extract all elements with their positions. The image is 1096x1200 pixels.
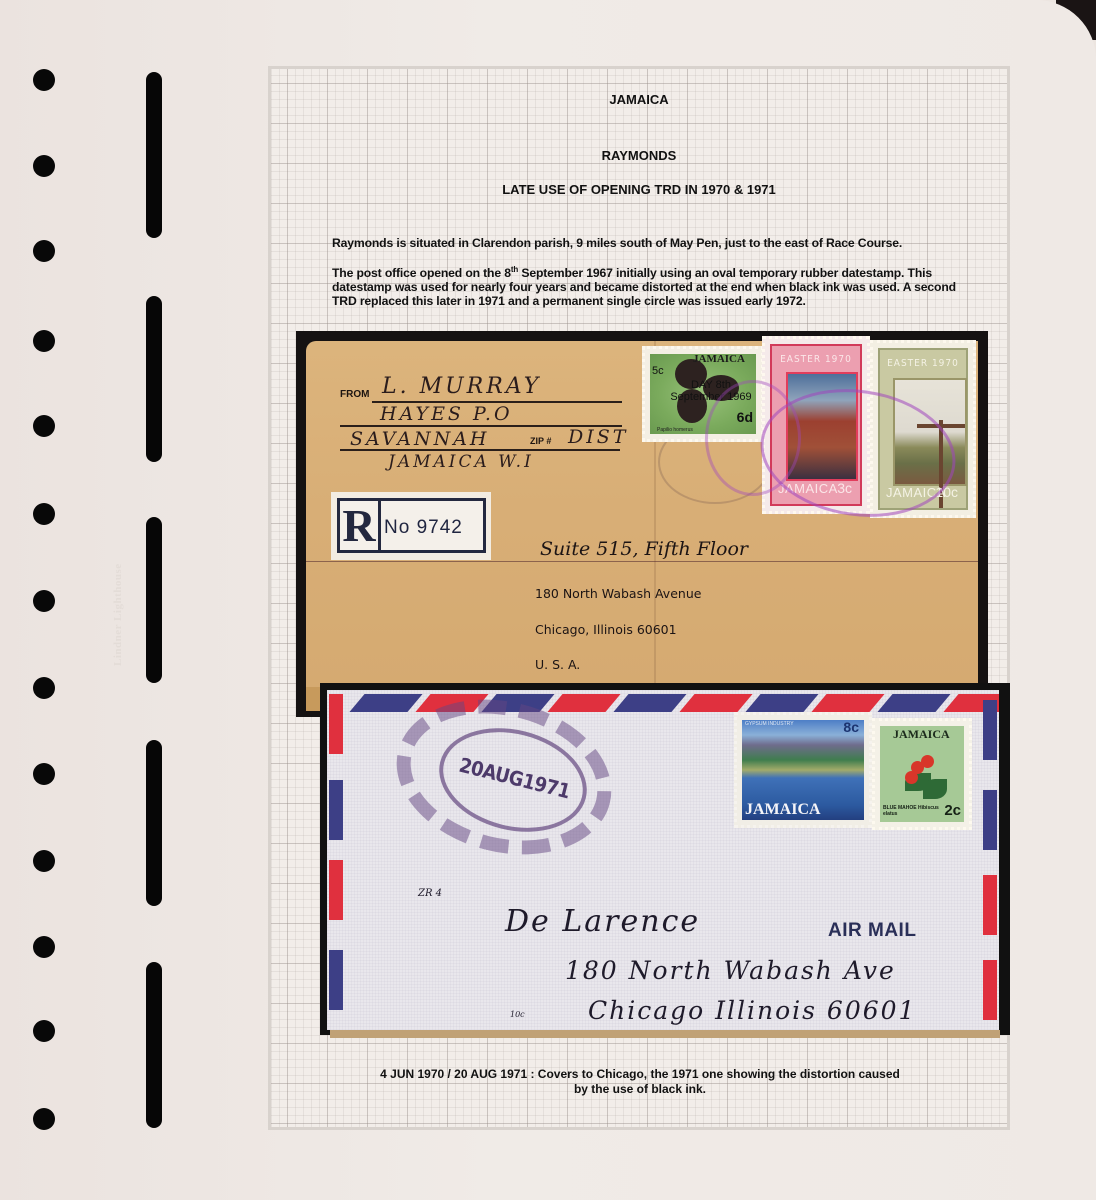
margin-watermark: Lindner Lighthouse bbox=[112, 520, 140, 710]
recipient-suite: Suite 515, Fifth Floor bbox=[540, 538, 748, 560]
sender-line-4: JAMAICA W.I bbox=[388, 452, 534, 472]
stamp-value: 8c bbox=[843, 719, 859, 735]
recipient-city: Chicago, Illinois 60601 bbox=[535, 622, 677, 637]
pencil-note: ZR 4 bbox=[418, 888, 442, 899]
recipient-country: U. S. A. bbox=[535, 657, 580, 672]
binder-hole bbox=[33, 240, 55, 262]
leaf bbox=[923, 779, 947, 799]
binder-hole bbox=[33, 415, 55, 437]
stamp-caption: Papilio homerus bbox=[657, 427, 693, 433]
binder-hole bbox=[33, 330, 55, 352]
airmail-stripe bbox=[349, 694, 422, 712]
binder-hole bbox=[33, 763, 55, 785]
registration-number: No 9742 bbox=[384, 517, 463, 539]
cover-1970-peek bbox=[330, 1030, 1000, 1038]
stamp-caption: BLUE MAHOE Hibiscus elatus bbox=[883, 805, 939, 817]
pen-stroke bbox=[306, 561, 978, 562]
caption-line-2: by the use of black ink. bbox=[330, 1082, 950, 1097]
page-corner bbox=[1056, 0, 1096, 40]
zip-label: ZIP # bbox=[530, 436, 551, 446]
stamp-title: EASTER 1970 bbox=[772, 354, 860, 365]
airmail-stripe bbox=[613, 694, 686, 712]
binder-hole bbox=[33, 503, 55, 525]
zip-value: DIST bbox=[568, 426, 628, 448]
airmail-border-right bbox=[983, 875, 997, 935]
binder-slot bbox=[146, 517, 162, 683]
caption-line-1: 4 JUN 1970 / 20 AUG 1971 : Covers to Chi… bbox=[330, 1067, 950, 1082]
stamp-caption: GYPSUM INDUSTRY bbox=[745, 721, 794, 727]
heading-subject: LATE USE OF OPENING TRD IN 1970 & 1971 bbox=[268, 182, 1010, 197]
description-paragraph-2: The post office opened on the 8th Septem… bbox=[332, 266, 972, 308]
binder-hole bbox=[33, 936, 55, 958]
petal bbox=[921, 755, 934, 768]
from-label: FROM bbox=[340, 389, 369, 400]
stamp-country: JAMAICA bbox=[693, 353, 745, 365]
oval-postmark-partial bbox=[705, 380, 801, 496]
stamp-country: JAMAICA bbox=[745, 801, 821, 819]
binder-hole bbox=[33, 590, 55, 612]
airmail-border-left bbox=[329, 860, 343, 920]
stamp-blue-mahoe-2c: JAMAICA BLUE MAHOE Hibiscus elatus 2c bbox=[872, 718, 972, 830]
registration-letter: R bbox=[340, 501, 381, 550]
airmail-border-left bbox=[329, 780, 343, 840]
airmail-stripe bbox=[811, 694, 884, 712]
airmail-stripe bbox=[877, 694, 950, 712]
pencil-price: 10c bbox=[510, 1010, 525, 1019]
sender-line-2: HAYES P.O bbox=[380, 403, 513, 425]
recipient-name: De Larence bbox=[505, 904, 700, 939]
page-caption: 4 JUN 1970 / 20 AUG 1971 : Covers to Chi… bbox=[330, 1067, 950, 1097]
stamp-overprint-value: 5c bbox=[652, 365, 664, 377]
airmail-border-left bbox=[329, 694, 343, 754]
airmail-stripe bbox=[547, 694, 620, 712]
binder-hole bbox=[33, 1108, 55, 1130]
petal bbox=[905, 771, 918, 784]
binder-hole bbox=[33, 69, 55, 91]
airmail-border-right bbox=[983, 790, 997, 850]
registration-label: R No 9742 bbox=[331, 492, 491, 560]
recipient-city: Chicago Illinois 60601 bbox=[588, 996, 916, 1025]
sender-name: L. MURRAY bbox=[382, 374, 541, 399]
stamp-gypsum-8c: GYPSUM INDUSTRY 8c JAMAICA bbox=[734, 712, 872, 828]
airmail-border-right bbox=[983, 960, 997, 1020]
binder-slot bbox=[146, 296, 162, 462]
description-paragraph-1: Raymonds is situated in Clarendon parish… bbox=[332, 236, 972, 250]
heading-place: RAYMONDS bbox=[268, 148, 1010, 163]
binder-hole bbox=[33, 155, 55, 177]
airmail-border-right bbox=[983, 700, 997, 760]
binder-hole bbox=[33, 677, 55, 699]
stamp-title: EASTER 1970 bbox=[880, 358, 966, 369]
binder-slot bbox=[146, 740, 162, 906]
heading-country: JAMAICA bbox=[268, 92, 1010, 107]
sender-line-3: SAVANNAH bbox=[350, 428, 489, 450]
airmail-stripe bbox=[679, 694, 752, 712]
binder-hole bbox=[33, 1020, 55, 1042]
recipient-street: 180 North Wabash Avenue bbox=[535, 586, 701, 601]
stamp-value: 2c bbox=[944, 802, 961, 819]
stamp-country: JAMAICA bbox=[893, 727, 950, 742]
recipient-street: 180 North Wabash Ave bbox=[565, 956, 896, 985]
airmail-stripe bbox=[745, 694, 818, 712]
airmail-label: AIR MAIL bbox=[828, 920, 916, 942]
binder-hole bbox=[33, 850, 55, 872]
airmail-border-left bbox=[329, 950, 343, 1010]
binder-slot bbox=[146, 72, 162, 238]
binder-slot bbox=[146, 962, 162, 1128]
